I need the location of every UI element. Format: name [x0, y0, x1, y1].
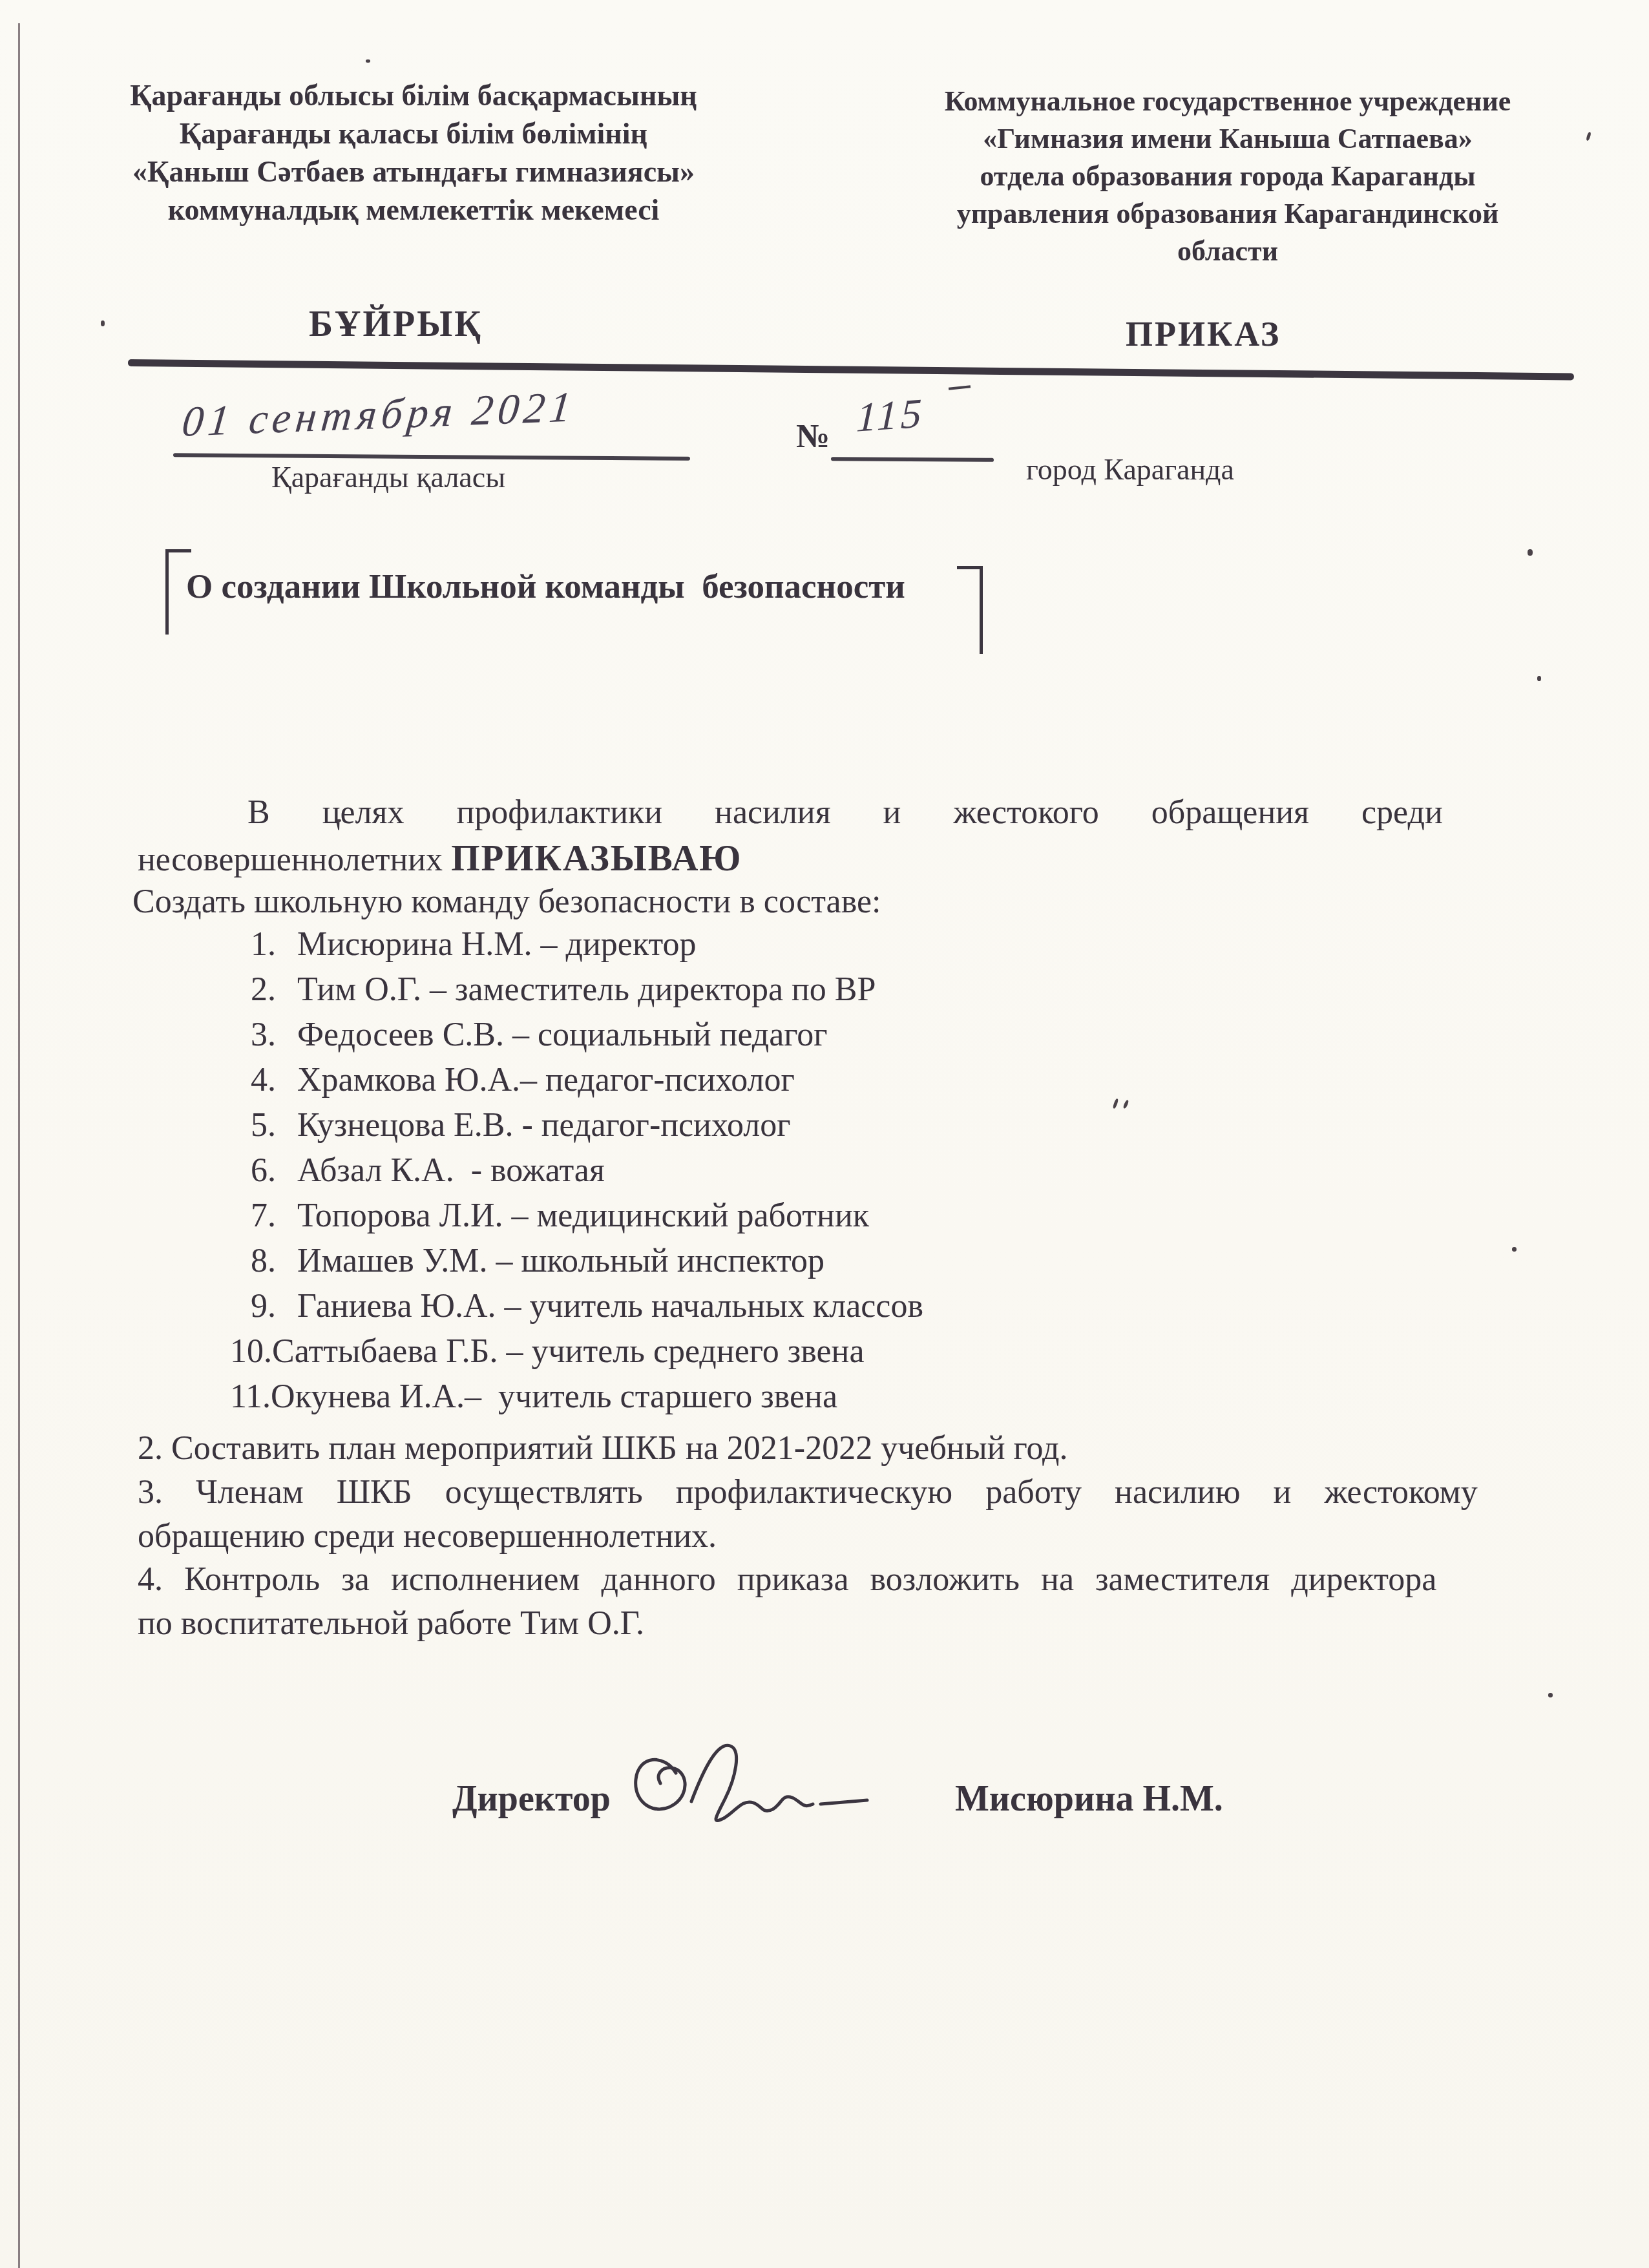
paragraph-2: 2. Составить план мероприятий ШКБ на 202…: [138, 1429, 1067, 1467]
paragraph-3-line-1: 3. Членам ШКБ осуществлять профилактичес…: [138, 1473, 1478, 1511]
intro-line-2-text: несовершеннолетних: [138, 841, 451, 878]
scan-speck: [1112, 1098, 1119, 1109]
subject-bracket-left: [165, 549, 169, 635]
member-list-item: 8.Имашев У.М. – школьный инспектор: [251, 1242, 824, 1280]
member-list-item: 5.Кузнецова Е.В. - педагог-психолог: [251, 1106, 791, 1144]
handwritten-order-number: 115: [856, 389, 926, 442]
member-number: 10.: [230, 1332, 272, 1370]
member-list-item: 2.Тим О.Г. – заместитель директора по ВР: [251, 971, 876, 1009]
member-text: Топорова Л.И. – медицинский работник: [297, 1197, 869, 1234]
member-list-item: 10.Саттыбаева Г.Б. – учитель среднего зв…: [230, 1332, 865, 1370]
handwritten-date: 01 сентября 2021: [180, 383, 578, 447]
handwritten-signature-icon: [614, 1727, 898, 1856]
member-list-item: 11.Окунева И.А.– учитель старшего звена: [230, 1378, 837, 1416]
member-number: 4.: [251, 1061, 297, 1099]
number-underline: [831, 457, 994, 462]
intro-line-2: несовершеннолетних ПРИКАЗЫВАЮ: [138, 837, 742, 879]
letterhead-kazakh-line: «Қаныш Сәтбаев атындағы гимназиясы»: [110, 152, 717, 191]
member-number: 3.: [251, 1016, 297, 1054]
scan-speck: [1586, 132, 1591, 142]
member-list-item: 9.Ганиева Ю.А. – учитель начальных класс…: [251, 1287, 923, 1325]
letterhead-russian: Коммунальное государственное учреждение …: [924, 83, 1531, 270]
member-text: Тим О.Г. – заместитель директора по ВР: [297, 971, 876, 1008]
scan-speck: [1528, 549, 1533, 556]
member-list-item: 6.Абзал К.А. - вожатая: [251, 1151, 605, 1190]
place-kazakh: Қарағанды қаласы: [271, 460, 505, 494]
letterhead-russian-line: отдела образования города Караганды: [924, 158, 1531, 195]
scan-speck: [1548, 1693, 1553, 1697]
member-list-item: 3.Федосеев С.В. – социальный педагог: [251, 1016, 828, 1054]
letterhead-russian-line: Коммунальное государственное учреждение: [924, 83, 1531, 120]
scan-speck: [366, 59, 370, 63]
order-title-russian: ПРИКАЗ: [1126, 314, 1281, 354]
bracket-tick: [957, 566, 983, 569]
signer-role: Директор: [452, 1778, 611, 1820]
subject-bracket-right: [980, 566, 983, 654]
member-text: Храмкова Ю.А.– педагог-психолог: [297, 1062, 795, 1098]
header-divider-rule: [128, 359, 1574, 380]
member-number: 1.: [251, 925, 297, 963]
paragraph-4-line-2: по воспитательной работе Тим О.Г.: [138, 1604, 644, 1643]
scan-speck: [1122, 1100, 1129, 1109]
member-text: Имашев У.М. – школьный инспектор: [297, 1243, 824, 1279]
member-number: 6.: [251, 1151, 297, 1190]
member-number: 9.: [251, 1287, 297, 1325]
order-verb: ПРИКАЗЫВАЮ: [451, 838, 742, 879]
signer-name: Мисюрина Н.М.: [955, 1778, 1223, 1820]
member-text: Саттыбаева Г.Б. – учитель среднего звена: [272, 1333, 865, 1370]
number-sign: №: [796, 417, 830, 456]
member-number: 5.: [251, 1106, 297, 1144]
paragraph-4-line-1: 4. Контроль за исполнением данного прика…: [138, 1560, 1436, 1599]
member-text: Абзал К.А. - вожатая: [297, 1152, 605, 1189]
member-list-item: 1.Мисюрина Н.М. – директор: [251, 925, 697, 963]
member-number: 7.: [251, 1197, 297, 1235]
letterhead-russian-line: «Гимназия имени Каныша Сатпаева»: [924, 120, 1531, 158]
letterhead-russian-line: управления образования Карагандинской: [924, 195, 1531, 233]
member-text: Окунева И.А.– учитель старшего звена: [271, 1378, 837, 1415]
order-title-kazakh: БҰЙРЫҚ: [309, 304, 483, 345]
letterhead-kazakh-line: Қарағанды қаласы білім бөлімінің: [110, 114, 717, 152]
letterhead-kazakh-line: коммуналдық мемлекеттік мекемесі: [110, 191, 717, 229]
member-number: 11.: [230, 1378, 271, 1416]
create-team-line: Создать школьную команду безопасности в …: [132, 883, 881, 921]
letterhead-russian-line: области: [924, 233, 1531, 270]
scan-speck: [101, 320, 105, 326]
paragraph-3-line-2: обращению среди несовершеннолетних.: [138, 1517, 717, 1555]
order-subject: О создании Школьной команды безопасности: [186, 567, 905, 606]
scan-speck: [1512, 1247, 1517, 1252]
letterhead-kazakh-line: Қарағанды облысы білім басқармасының: [110, 76, 717, 114]
member-text: Федосеев С.В. – социальный педагог: [297, 1016, 828, 1053]
member-text: Ганиева Ю.А. – учитель начальных классов: [297, 1288, 923, 1325]
member-text: Кузнецова Е.В. - педагог-психолог: [297, 1107, 791, 1144]
scanned-order-document: Қарағанды облысы білім басқармасының Қар…: [0, 0, 1649, 2268]
member-number: 2.: [251, 971, 297, 1009]
member-list-item: 4.Храмкова Ю.А.– педагог-психолог: [251, 1061, 795, 1099]
bracket-tick: [165, 549, 191, 552]
member-text: Мисюрина Н.М. – директор: [297, 926, 697, 963]
intro-line-1: В целях профилактики насилия и жестокого…: [247, 793, 1443, 832]
letterhead-kazakh: Қарағанды облысы білім басқармасының Қар…: [110, 76, 717, 229]
place-russian: город Караганда: [1026, 452, 1234, 487]
handwriting-stroke: [949, 385, 971, 390]
scan-speck: [1537, 676, 1541, 681]
member-number: 8.: [251, 1242, 297, 1280]
member-list-item: 7.Топорова Л.И. – медицинский работник: [251, 1197, 869, 1235]
scan-edge-line: [18, 23, 20, 2268]
